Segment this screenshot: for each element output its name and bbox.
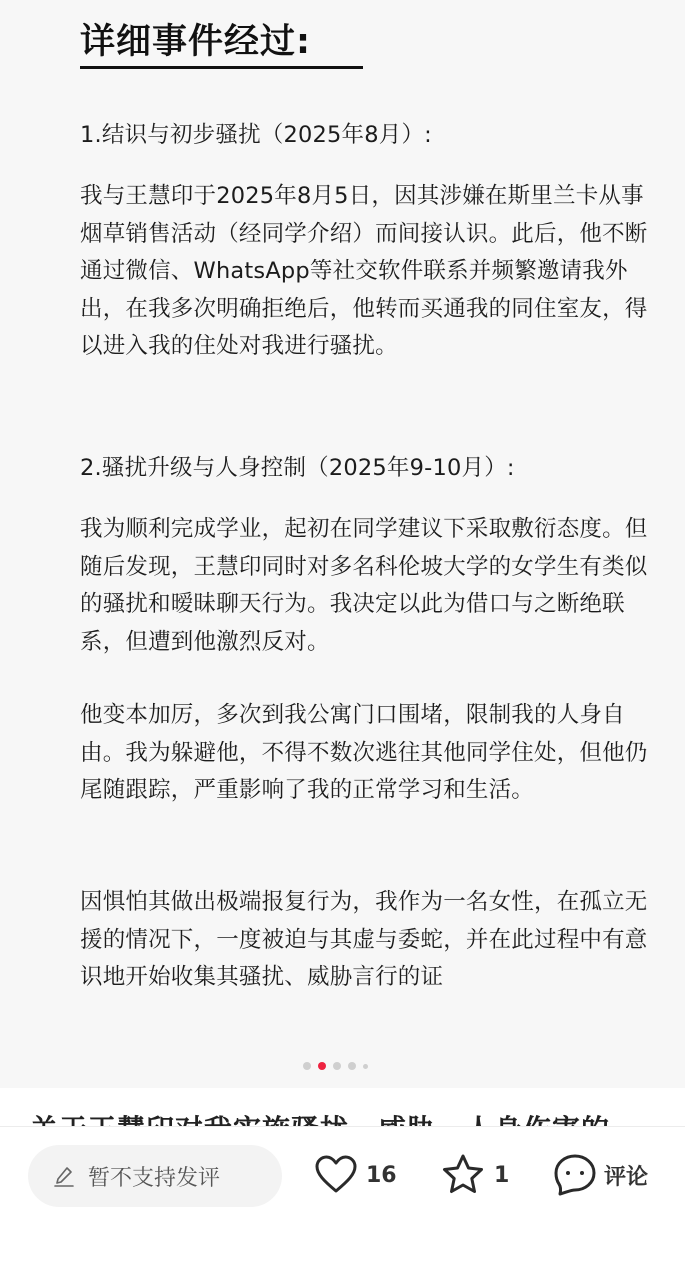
carousel-dot[interactable]: [363, 1064, 368, 1069]
heart-icon: [314, 1153, 358, 1197]
carousel-dot[interactable]: [348, 1062, 356, 1070]
favorite-button[interactable]: 1: [440, 1149, 509, 1201]
paragraph-2: 我为顺利完成学业，起初在同学建议下采取敷衍态度。但随后发现，王慧印同时对多名科伦…: [80, 511, 650, 661]
comment-button[interactable]: 评论: [552, 1149, 648, 1201]
section-heading-2: 2.骚扰升级与人身控制（2025年9-10月）:: [80, 450, 650, 488]
section-heading-1: 1.结识与初步骚扰（2025年8月）:: [80, 117, 650, 155]
carousel-dot[interactable]: [333, 1062, 341, 1070]
comment-input[interactable]: 暂不支持发评: [28, 1145, 282, 1207]
pencil-icon: [52, 1164, 76, 1188]
carousel-dot[interactable]: [303, 1062, 311, 1070]
like-button[interactable]: 16: [314, 1149, 397, 1201]
paragraph-4: 因惧怕其做出极端报复行为，我作为一名女性，在孤立无援的情况下，一度被迫与其虚与委…: [80, 884, 650, 997]
comment-input-placeholder: 暂不支持发评: [88, 1161, 220, 1192]
post-title: 关于王慧印对我实施骚扰、威胁、人身伤害的: [30, 1108, 610, 1126]
carousel-indicator: [303, 1062, 368, 1070]
bottom-action-bar: 暂不支持发评 16 1 评论: [0, 1127, 685, 1280]
title-underline: [80, 66, 363, 69]
post-image-carousel[interactable]: 详细事件经过: 1.结识与初步骚扰（2025年8月）: 我与王慧印于2025年8…: [0, 0, 685, 1088]
like-count: 16: [366, 1163, 397, 1188]
paragraph-3: 他变本加厉，多次到我公寓门口围堵，限制我的人身自由。我为躲避他，不得不数次逃往其…: [80, 697, 650, 810]
chat-bubble-icon: [552, 1152, 598, 1198]
paragraph-1: 我与王慧印于2025年8月5日，因其涉嫌在斯里兰卡从事烟草销售活动（经同学介绍）…: [80, 178, 650, 366]
favorite-count: 1: [494, 1163, 509, 1188]
carousel-dot-active[interactable]: [318, 1062, 326, 1070]
document-title: 详细事件经过:: [80, 20, 311, 64]
star-icon: [440, 1152, 486, 1198]
post-title-container: 关于王慧印对我实施骚扰、威胁、人身伤害的: [0, 1088, 685, 1126]
comment-label: 评论: [604, 1160, 648, 1191]
